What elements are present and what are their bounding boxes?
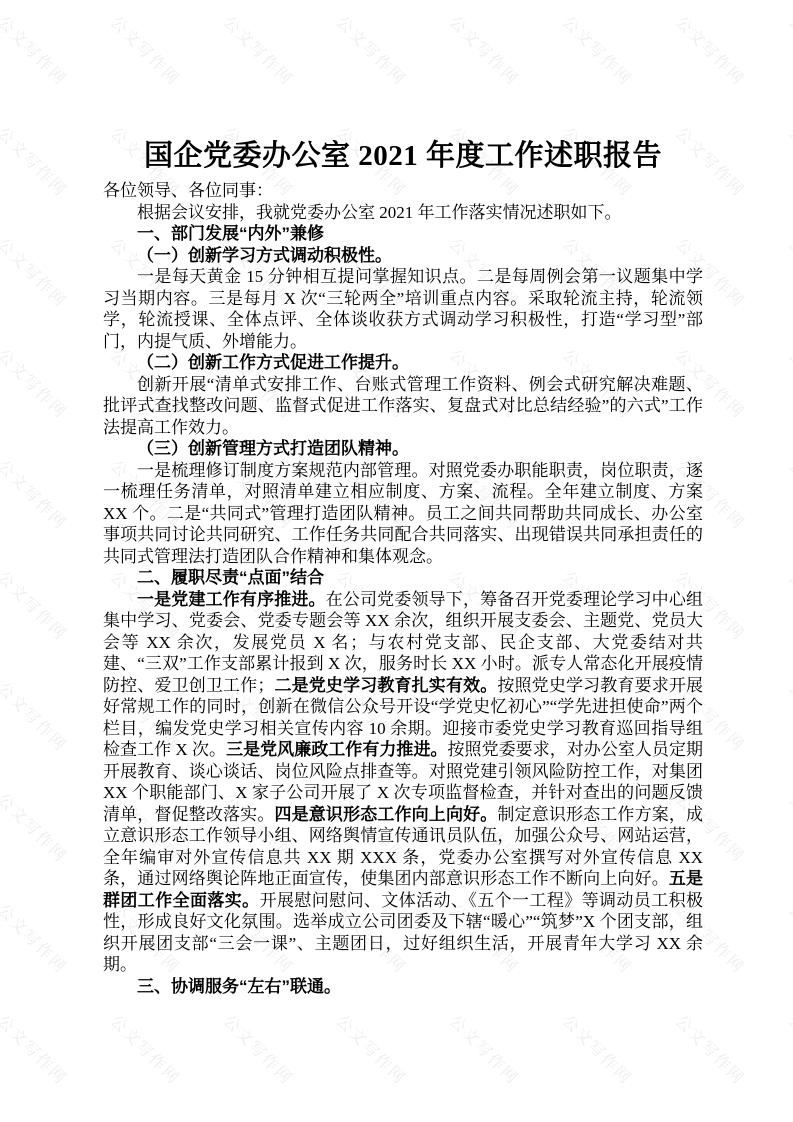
watermark-text: 公文写作网 <box>784 343 793 423</box>
document-page: 公文写作网公文写作网公文写作网公文写作网公文写作网公文写作网公文写作网公文写作网… <box>0 0 793 1122</box>
watermark-text: 公文写作网 <box>558 1009 638 1089</box>
bold-text-run: 一是党建工作有序推进。 <box>137 590 326 609</box>
watermark-text: 公文写作网 <box>332 1009 412 1089</box>
watermark-text: 公文写作网 <box>0 454 73 534</box>
watermark-text: 公文写作网 <box>784 676 793 756</box>
document-body: 各位领导、各位同事：根据会议安排，我就党委办公室 2021 年工作落实情况述职如… <box>103 180 703 997</box>
paragraph: 创新开展“清单式安排工作、台账式管理工作资料、例会式研究解决难题、批评式查找整改… <box>103 374 703 439</box>
bold-text-run: 一、部门发展“内外”兼修 <box>137 224 324 243</box>
bold-text-run: 二、履职尽责“点面”结合 <box>137 568 324 587</box>
watermark-text: 公文写作网 <box>106 10 186 90</box>
watermark-text: 公文写作网 <box>671 10 751 90</box>
watermark-text: 公文写作网 <box>0 232 73 312</box>
bold-text-run: 三、协调服务“左右”联通。 <box>137 977 341 996</box>
section-heading: 二、履职尽责“点面”结合 <box>103 567 703 589</box>
document-content: 国企党委办公室 2021 年度工作述职报告 各位领导、各位同事：根据会议安排，我… <box>103 139 703 997</box>
watermark-text: 公文写作网 <box>784 10 793 90</box>
text-run: 创新开展“清单式安排工作、台账式管理工作资料、例会式研究解决难题、批评式查找整改… <box>103 375 703 437</box>
watermark-text: 公文写作网 <box>784 121 793 201</box>
bold-text-run: 二是党史学习教育扎实有效。 <box>274 676 497 695</box>
paragraph: 根据会议安排，我就党委办公室 2021 年工作落实情况述职如下。 <box>103 202 703 224</box>
document-title: 国企党委办公室 2021 年度工作述职报告 <box>103 139 703 173</box>
watermark-text: 公文写作网 <box>0 565 73 645</box>
text-run: 一是梳理修订制度方案规范内部管理。对照党委办职能职责，岗位职责，逐一梳理任务清单… <box>103 461 703 566</box>
section-heading: （一）创新学习方式调动积极性。 <box>103 245 703 267</box>
section-heading: 一、部门发展“内外”兼修 <box>103 223 703 245</box>
paragraph: 一是每天黄金 15 分钟相互提问掌握知识点。二是每周例会第一议题集中学习当期内容… <box>103 266 703 352</box>
watermark-text: 公文写作网 <box>784 565 793 645</box>
watermark-text: 公文写作网 <box>784 454 793 534</box>
watermark-text: 公文写作网 <box>0 343 73 423</box>
section-heading: （二）创新工作方式促进工作提升。 <box>103 352 703 374</box>
watermark-text: 公文写作网 <box>219 10 299 90</box>
text-run: 根据会议安排，我就党委办公室 2021 年工作落实情况述职如下。 <box>137 203 622 222</box>
salutation: 各位领导、各位同事： <box>103 180 703 202</box>
watermark-text: 公文写作网 <box>0 787 73 867</box>
bold-text-run: 四是意识形态工作向上向好。 <box>274 805 497 824</box>
section-heading: （三）创新管理方式打造团队精神。 <box>103 438 703 460</box>
watermark-text: 公文写作网 <box>784 898 793 978</box>
watermark-text: 公文写作网 <box>558 10 638 90</box>
watermark-text: 公文写作网 <box>784 232 793 312</box>
bold-text-run: （二）创新工作方式促进工作提升。 <box>137 353 409 372</box>
watermark-text: 公文写作网 <box>106 1009 186 1089</box>
bold-text-run: （一）创新学习方式调动积极性。 <box>137 246 392 265</box>
watermark-text: 公文写作网 <box>332 10 412 90</box>
paragraph: 一是党建工作有序推进。在公司党委领导下，筹备召开党委理论学习中心组集中学习、党委… <box>103 589 703 976</box>
watermark-text: 公文写作网 <box>671 1009 751 1089</box>
watermark-text: 公文写作网 <box>445 1009 525 1089</box>
watermark-text: 公文写作网 <box>784 1009 793 1089</box>
watermark-text: 公文写作网 <box>784 787 793 867</box>
watermark-text: 公文写作网 <box>0 10 73 90</box>
bold-text-run: 三是党风廉政工作有力推进。 <box>226 740 447 759</box>
paragraph: 一是梳理修订制度方案规范内部管理。对照党委办职能职责，岗位职责，逐一梳理任务清单… <box>103 460 703 568</box>
watermark-text: 公文写作网 <box>0 898 73 978</box>
text-run: 一是每天黄金 15 分钟相互提问掌握知识点。二是每周例会第一议题集中学习当期内容… <box>103 267 703 351</box>
section-heading: 三、协调服务“左右”联通。 <box>103 976 703 998</box>
watermark-text: 公文写作网 <box>219 1009 299 1089</box>
text-run: 各位领导、各位同事： <box>103 181 273 200</box>
watermark-text: 公文写作网 <box>0 676 73 756</box>
watermark-text: 公文写作网 <box>445 10 525 90</box>
watermark-text: 公文写作网 <box>0 121 73 201</box>
watermark-text: 公文写作网 <box>0 1009 73 1089</box>
bold-text-run: （三）创新管理方式打造团队精神。 <box>137 439 409 458</box>
